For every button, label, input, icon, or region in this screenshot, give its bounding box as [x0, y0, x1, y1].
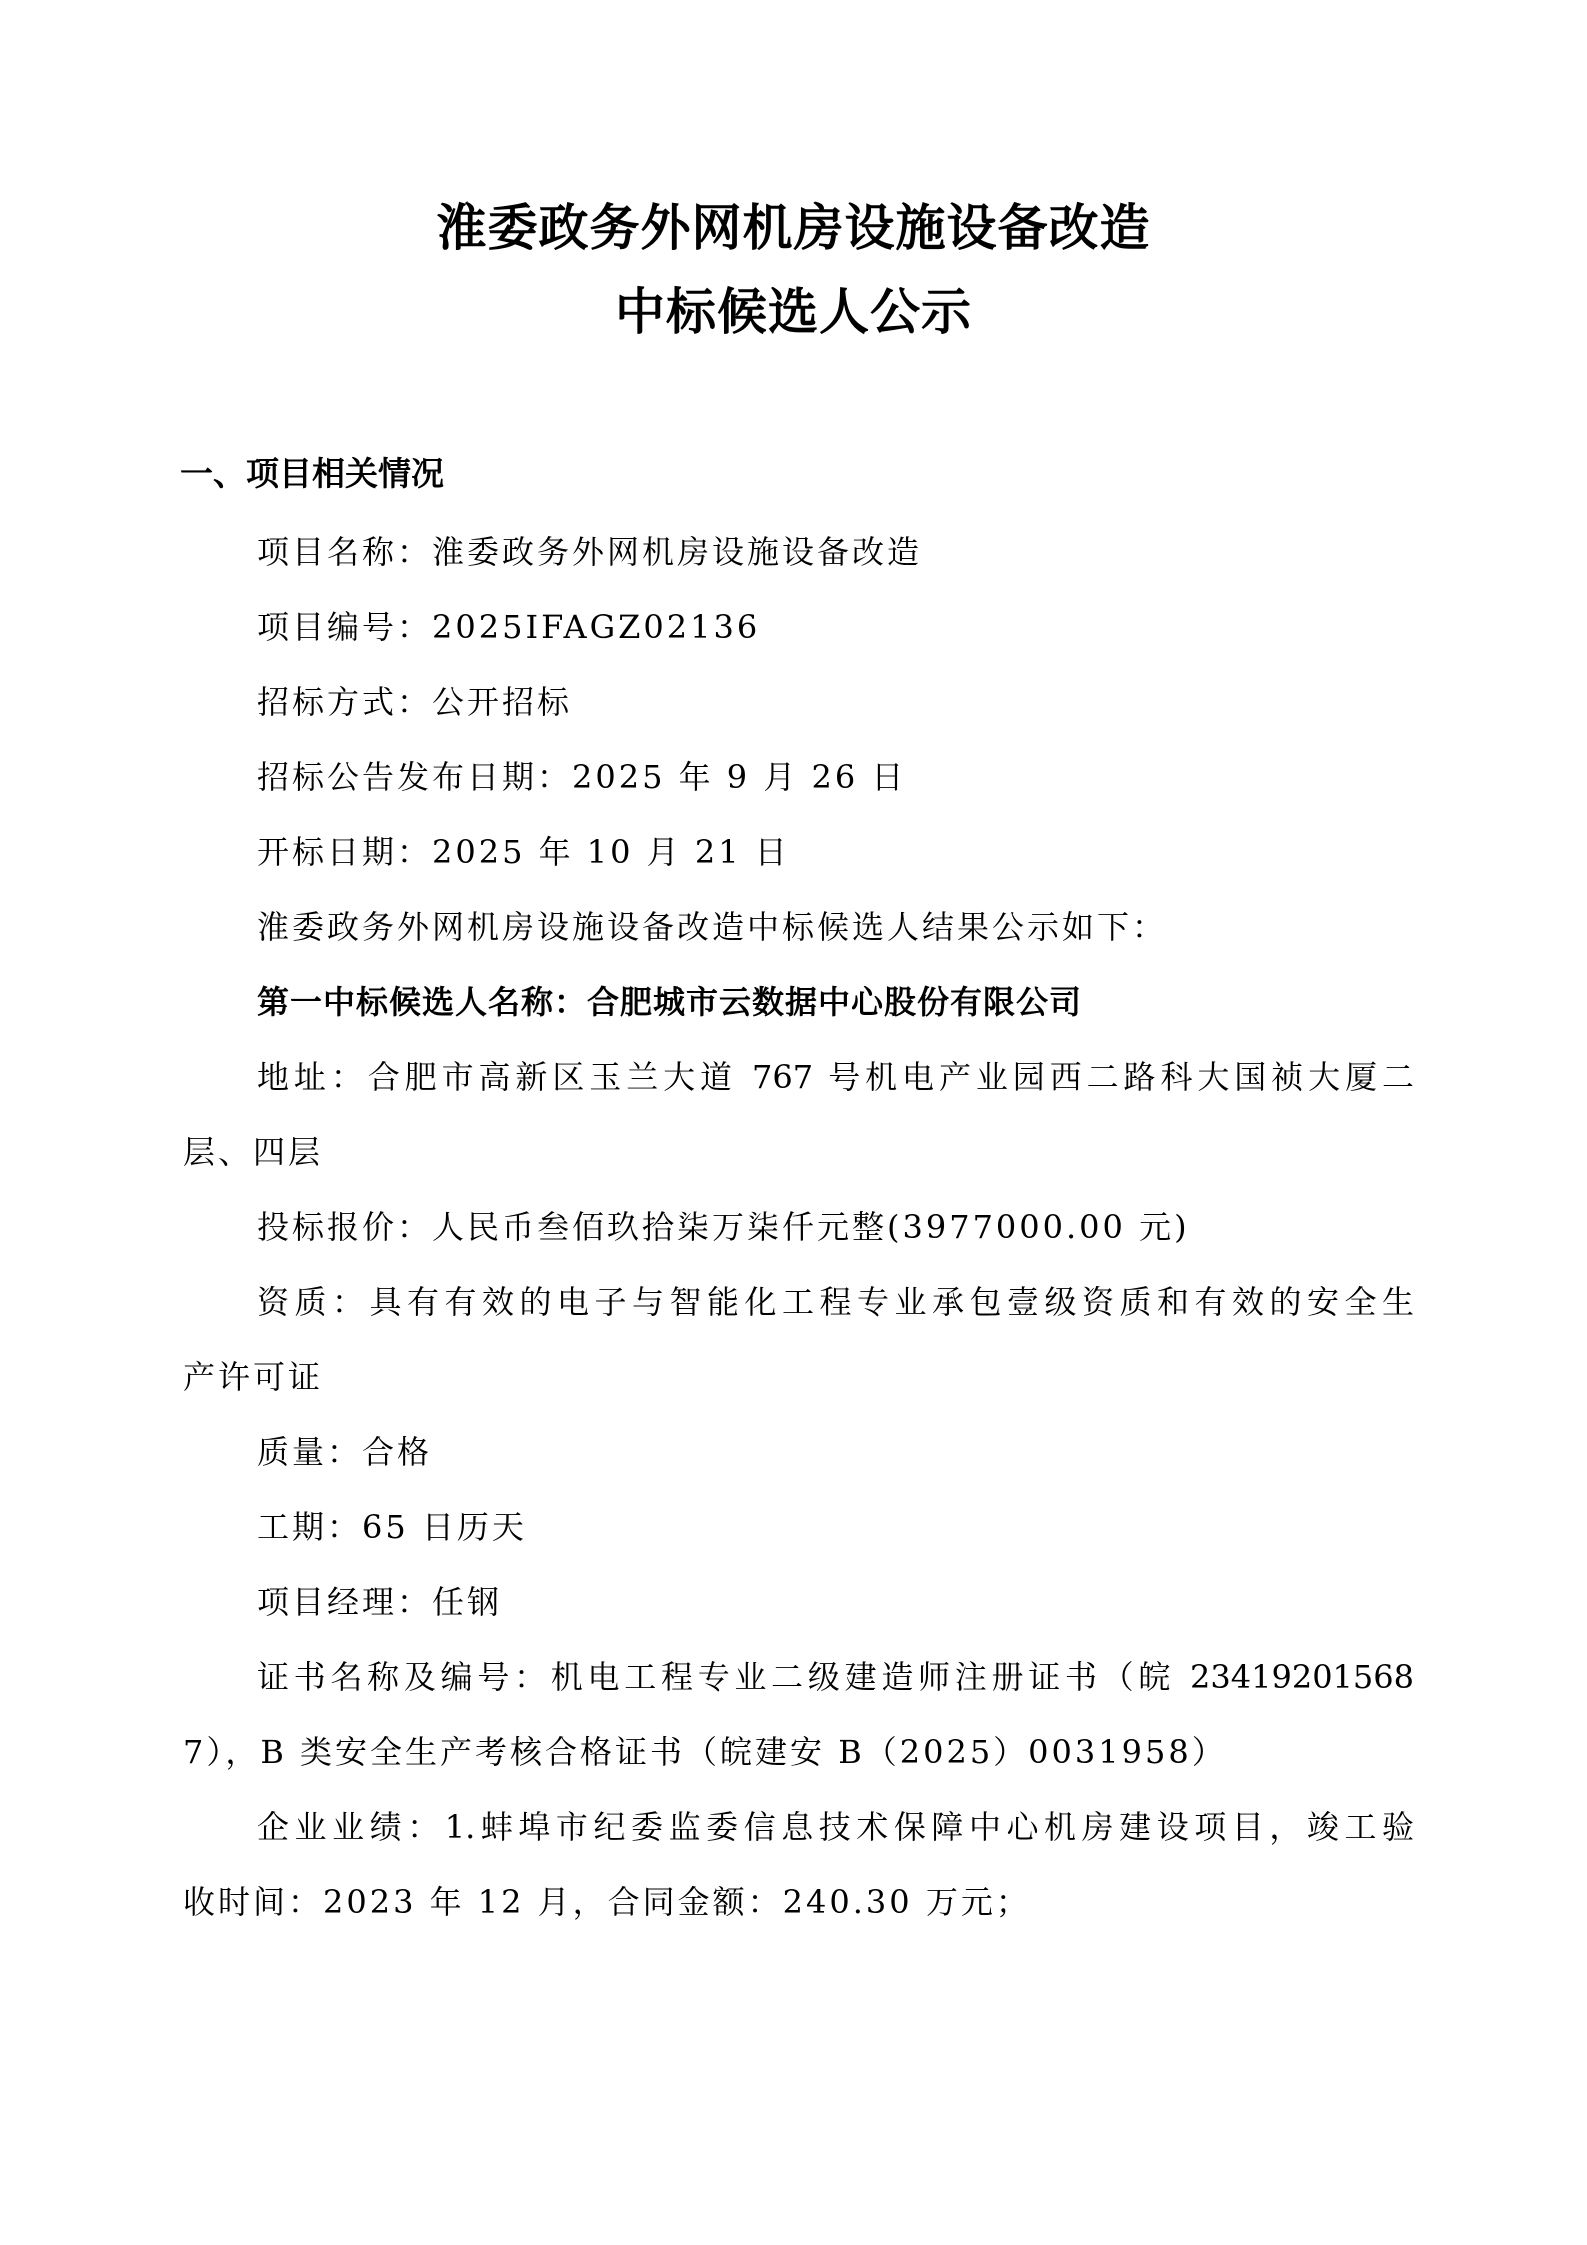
document-page: 淮委政务外网机房设施设备改造 中标候选人公示 一、项目相关情况 项目名称：淮委政…	[0, 0, 1587, 2245]
project-name: 项目名称：淮委政务外网机房设施设备改造	[257, 530, 922, 574]
construction-duration: 工期：65 日历天	[257, 1505, 527, 1549]
results-intro: 淮委政务外网机房设施设备改造中标候选人结果公示如下：	[257, 905, 1167, 949]
bid-price: 投标报价：人民币叁佰玖拾柒万柒仟元整(3977000.00 元)	[257, 1205, 1190, 1249]
document-title-line2: 中标候选人公示	[0, 282, 1587, 342]
announcement-date: 招标公告发布日期：2025 年 9 月 26 日	[257, 755, 906, 799]
qualification-line2: 产许可证	[183, 1355, 323, 1399]
first-candidate-name: 第一中标候选人名称：合肥城市云数据中心股份有限公司	[257, 980, 1082, 1024]
certificates-line1: 证书名称及编号：机电工程专业二级建造师注册证书（皖 23419201568	[257, 1655, 1414, 1699]
document-title-line1: 淮委政务外网机房设施设备改造	[0, 198, 1587, 258]
bid-opening-date: 开标日期：2025 年 10 月 21 日	[257, 830, 790, 874]
candidate-address-line2: 层、四层	[183, 1130, 323, 1174]
performance-line1: 企业业绩：1.蚌埠市纪委监委信息技术保障中心机房建设项目，竣工验	[257, 1805, 1414, 1849]
project-number: 项目编号：2025IFAGZ02136	[257, 605, 760, 649]
quality: 质量：合格	[257, 1430, 432, 1474]
project-manager: 项目经理：任钢	[257, 1580, 502, 1624]
performance-line2: 收时间：2023 年 12 月，合同金额：240.30 万元；	[183, 1880, 1031, 1924]
tender-method: 招标方式：公开招标	[257, 680, 572, 724]
certificates-line2: 7），B 类安全生产考核合格证书（皖建安 B（2025）0031958）	[183, 1730, 1227, 1774]
qualification-line1: 资质：具有有效的电子与智能化工程专业承包壹级资质和有效的安全生	[257, 1280, 1414, 1324]
section-heading-project-info: 一、项目相关情况	[180, 452, 444, 496]
candidate-address-line1: 地址：合肥市高新区玉兰大道 767 号机电产业园西二路科大国祯大厦二	[257, 1055, 1414, 1099]
